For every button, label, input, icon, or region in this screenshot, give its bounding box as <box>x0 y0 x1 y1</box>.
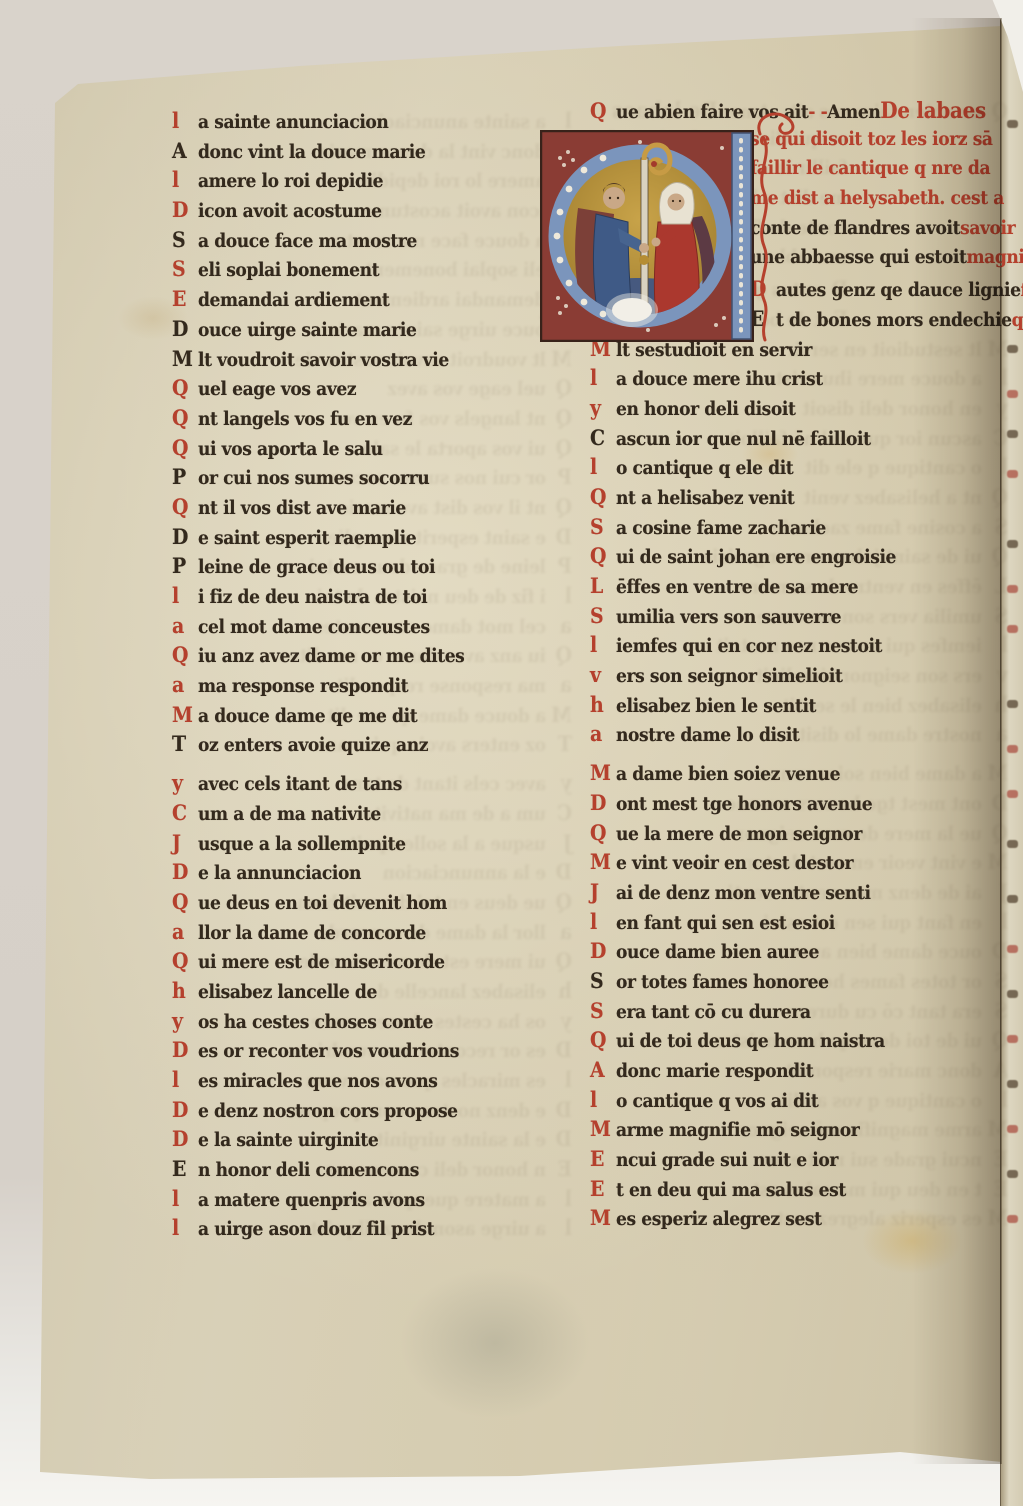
verse-initial: D <box>172 1126 198 1151</box>
verse-text: ers son seignor simelioit <box>616 665 842 687</box>
edge-fragment <box>1007 1125 1018 1133</box>
verse-line: Mlt voudroit savoir vostra vie <box>172 346 572 376</box>
pen-flourish <box>752 106 800 354</box>
verse-initial: D <box>172 859 198 884</box>
verse-text: es or reconter vos voudrions <box>198 1040 459 1062</box>
abbess-face <box>668 194 685 211</box>
letter-stem <box>732 133 751 339</box>
verse-line: Qui de toi deus qe hom naistra <box>590 1027 1008 1057</box>
verse-text: De labaes <box>880 98 986 124</box>
verse-line: li fiz de deu naistra de toi <box>172 583 572 613</box>
verse-initial: M <box>172 702 198 727</box>
verse-line: Douce dame bien auree <box>590 938 1008 968</box>
verse-text: llor la dame de concorde <box>198 922 426 944</box>
verse-text: demandai ardiement <box>198 289 389 311</box>
verse-line: De la annunciacion <box>172 859 572 889</box>
verse-initial: l <box>172 167 198 192</box>
verse-text: Amen <box>827 101 880 123</box>
verse-initial: Q <box>590 543 616 568</box>
verse-text: era tant cō cu durera <box>616 1001 811 1023</box>
verse-line: Me vint veoir en cest destor <box>590 849 1008 879</box>
verse-line: Encui grade sui nuit e ior <box>590 1146 1008 1176</box>
monk-hand <box>639 243 649 253</box>
verse-text: en honor deli disoit <box>616 398 796 420</box>
edge-fragment <box>1007 1080 1018 1088</box>
crozier-knob <box>639 255 649 265</box>
verse-line: Por cui nos sumes socorru <box>172 464 572 494</box>
verse-text: ui de toi deus qe hom naistra <box>616 1030 885 1052</box>
verse-line: anostre dame lo disit <box>590 721 1008 751</box>
verse-initial: D <box>590 790 616 815</box>
verse-initial: Q <box>590 484 616 509</box>
edge-fragment <box>1007 585 1018 593</box>
verse-text: ouce dame bien auree <box>616 941 819 963</box>
verse-line: les miracles que nos avons <box>172 1067 572 1097</box>
edge-fragment <box>1007 840 1018 848</box>
verse-initial: l <box>172 583 198 608</box>
verse-text: leine de grace deus ou toi <box>198 556 435 578</box>
edge-fragment <box>1007 700 1018 708</box>
verse-initial: P <box>172 464 198 489</box>
verse-initial: S <box>590 998 616 1023</box>
verse-line: Sa douce face ma mostre <box>172 227 572 257</box>
verse-text: o cantique q ele dit <box>616 457 793 479</box>
verse-line: la matere quenpris avons <box>172 1186 572 1216</box>
verse-initial: l <box>590 632 616 657</box>
verse-line: Mes esperiz alegrez sest <box>590 1205 1008 1235</box>
verse-initial: D <box>172 316 198 341</box>
verse-text: t en deu qui ma salus est <box>616 1179 846 1201</box>
edge-fragment <box>1007 790 1018 798</box>
verse-line: Qui mere est de misericorde <box>172 948 572 978</box>
verse-text: autes genz qe dauce lignie <box>776 279 1021 301</box>
verse-initial: M <box>590 849 616 874</box>
verse-line: Jai de denz mon ventre senti <box>590 879 1008 909</box>
text-column-left: la sainte anunciacionAdonc vint la douce… <box>172 108 572 1245</box>
verse-text: elisabez lancelle de <box>198 981 377 1003</box>
verse-line: Ma douce dame qe me dit <box>172 702 572 732</box>
edge-fragment <box>1007 990 1018 998</box>
verse-line: Adonc vint la douce marie <box>172 138 572 168</box>
verse-text: lt voudroit savoir vostra vie <box>198 349 449 371</box>
verse-line: Des or reconter vos voudrions <box>172 1037 572 1067</box>
verse-line: Qnt il vos dist ave marie <box>172 494 572 524</box>
verse-text: a uirge ason douz fil prist <box>198 1218 434 1240</box>
historiated-initial <box>540 130 754 346</box>
verse-text: cel mot dame conceustes <box>198 616 430 638</box>
verse-text: t de bones mors endechie <box>776 309 1012 331</box>
verse-line: lo cantique q vos ai dit <box>590 1087 1008 1117</box>
verse-initial: P <box>172 553 198 578</box>
verse-line: Et en deu qui ma salus est <box>590 1176 1008 1206</box>
verse-initial: Q <box>590 1027 616 1052</box>
edge-fragment <box>1007 745 1018 753</box>
verse-initial: M <box>172 346 198 371</box>
verse-initial: Q <box>172 948 198 973</box>
verse-initial: Q <box>172 889 198 914</box>
verse-initial: S <box>590 514 616 539</box>
verse-text: e la sainte uirginite <box>198 1129 378 1151</box>
verse-text: ui mere est de misericorde <box>198 951 445 973</box>
verse-initial: a <box>172 919 198 944</box>
verse-line: yavec cels itant de tans <box>172 770 572 800</box>
verse-initial: A <box>172 138 198 163</box>
verse-text: e saint esperit raemplie <box>198 527 416 549</box>
verse-text: a dame bien soiez venue <box>616 763 840 785</box>
verse-text: es miracles que nos avons <box>198 1070 438 1092</box>
verse-line: De saint esperit raemplie <box>172 524 572 554</box>
verse-text: ma response respondit <box>198 675 408 697</box>
verse-text: n honor deli comencons <box>198 1159 419 1181</box>
verse-line: Qnt langels vos fu en vez <box>172 405 572 435</box>
verse-text: ascun ior que nul nē failloit <box>616 428 871 450</box>
verse-text: a cosine fame zacharie <box>616 517 826 539</box>
verse-initial: y <box>172 770 198 795</box>
crozier-staff <box>641 158 648 318</box>
verse-initial: Q <box>172 405 198 430</box>
verse-initial: D <box>172 524 198 549</box>
verse-text: um a de ma nativite <box>198 803 381 825</box>
verse-text: savoir <box>960 217 1015 239</box>
verse-initial: L <box>590 573 616 598</box>
edge-fragment <box>1007 895 1018 903</box>
verse-initial: l <box>172 1067 198 1092</box>
abbess-hand <box>652 238 661 247</box>
verse-line: Sumilia vers son sauverre <box>590 603 1008 633</box>
verse-text: os ha cestes choses conte <box>198 1011 433 1033</box>
verse-line: la sainte anunciacion <box>172 108 572 138</box>
verse-text: ouce uirge sainte marie <box>198 319 416 341</box>
verse-initial: E <box>590 1176 616 1201</box>
verse-initial: E <box>172 1156 198 1181</box>
verse-text: or totes fames honoree <box>616 971 829 993</box>
edge-fragment <box>1007 945 1018 953</box>
verse-text: arme magnifie mō seignor <box>616 1119 859 1141</box>
verse-line: helisabez lancelle de <box>172 978 572 1008</box>
verse-text: donc marie respondit <box>616 1060 813 1082</box>
verse-text: nostre dame lo disit <box>616 724 799 746</box>
verse-initial: l <box>590 1087 616 1112</box>
verse-initial: Q <box>590 820 616 845</box>
verse-line: De la sainte uirginite <box>172 1126 572 1156</box>
verse-line: Pleine de grace deus ou toi <box>172 553 572 583</box>
verse-initial: E <box>590 1146 616 1171</box>
verse-text: icon avoit acostume <box>198 200 382 222</box>
verse-initial: M <box>590 760 616 785</box>
verse-line: Quel eage vos avez <box>172 375 572 405</box>
verse-line: Douce uirge sainte marie <box>172 316 572 346</box>
verse-line: Qnt a helisabez venit <box>590 484 1008 514</box>
verse-text: es esperiz alegrez sest <box>616 1208 822 1230</box>
verse-text: ui vos aporta le salu <box>198 438 383 460</box>
verse-text: q car <box>1012 309 1023 331</box>
verse-line: Cum a de ma nativite <box>172 800 572 830</box>
verse-line: helisabez bien le sentit <box>590 692 1008 722</box>
edge-fragment <box>1007 470 1018 478</box>
verse-initial: a <box>590 721 616 746</box>
verse-line: vers son seignor simelioit <box>590 662 1008 692</box>
verse-text: nt a helisabez venit <box>616 487 794 509</box>
verse-initial: J <box>590 879 616 904</box>
verse-line: Marme magnifie mō seignor <box>590 1116 1008 1146</box>
verse-line: Sera tant cō cu durera <box>590 998 1008 1028</box>
verse-text: avec cels itant de tans <box>198 773 402 795</box>
verse-initial: J <box>172 830 198 855</box>
verse-initial: l <box>590 365 616 390</box>
verse-text: e denz nostron cors propose <box>198 1100 458 1122</box>
edge-fragment <box>1007 1170 1018 1178</box>
verse-text: e vint veoir en cest destor <box>616 852 853 874</box>
verse-text: nt il vos dist ave marie <box>198 497 406 519</box>
edge-fragment <box>1007 430 1018 438</box>
verse-initial: l <box>172 1186 198 1211</box>
verse-text: ēffes en ventre de sa mere <box>616 576 858 598</box>
verse-text: ncui grade sui nuit e ior <box>616 1149 838 1171</box>
verse-initial: D <box>172 197 198 222</box>
verse-initial: E <box>172 286 198 311</box>
verse-initial: l <box>590 909 616 934</box>
verse-line: Cascun ior que nul nē failloit <box>590 425 1008 455</box>
verse-initial: S <box>590 603 616 628</box>
verse-text: eli soplai bonement <box>198 259 379 281</box>
verse-initial: Q <box>172 375 198 400</box>
verse-line: Que la mere de mon seignor <box>590 820 1008 850</box>
verse-line: lamere lo roi depidie <box>172 167 572 197</box>
verse-line: Ma dame bien soiez venue <box>590 760 1008 790</box>
verse-line: Adonc marie respondit <box>590 1057 1008 1087</box>
verse-initial: Q <box>172 642 198 667</box>
verse-line: Dont mest tge honors avenue <box>590 790 1008 820</box>
verse-initial: S <box>172 256 198 281</box>
verse-initial: M <box>590 1205 616 1230</box>
verse-line: Toz enters avoie quize anz <box>172 731 572 761</box>
verse-line: yen honor deli disoit <box>590 395 1008 425</box>
verse-initial: T <box>172 731 198 756</box>
verse-text: ont mest tge honors avenue <box>616 793 872 815</box>
verse-text: iu anz avez dame or me dites <box>198 645 464 667</box>
verse-text: nt langels vos fu en vez <box>198 408 412 430</box>
verse-line: Qiu anz avez dame or me dites <box>172 642 572 672</box>
verse-initial: Q <box>590 98 616 123</box>
verse-text: usque a la sollempnite <box>198 833 406 855</box>
verse-line: la uirge ason douz fil prist <box>172 1215 572 1245</box>
verse-initial: S <box>590 968 616 993</box>
monk-head <box>603 187 625 209</box>
verse-line: Qui vos aporta le salu <box>172 435 572 465</box>
verse-initial: A <box>590 1057 616 1082</box>
verse-text: a douce mere ihu crist <box>616 368 823 390</box>
verse-initial: l <box>590 454 616 479</box>
verse-initial: v <box>590 662 616 687</box>
verse-line: En honor deli comencons <box>172 1156 572 1186</box>
verse-line: lo cantique q ele dit <box>590 454 1008 484</box>
verse-initial: a <box>172 613 198 638</box>
verse-line: ama response respondit <box>172 672 572 702</box>
verse-line: Edemandai ardiement <box>172 286 572 316</box>
verse-initial: C <box>172 800 198 825</box>
verse-line: Jusque a la sollempnite <box>172 830 572 860</box>
edge-fragment <box>1007 390 1018 398</box>
verse-text: amere lo roi depidie <box>198 170 383 192</box>
verse-initial: y <box>590 395 616 420</box>
verse-initial: D <box>172 1097 198 1122</box>
verse-text: umilia vers son sauverre <box>616 606 841 628</box>
verse-text: a douce face ma mostre <box>198 230 417 252</box>
verse-text: ai de denz mon ventre senti <box>616 882 871 904</box>
verse-text: ue la mere de mon seignor <box>616 823 862 845</box>
verse-line: De denz nostron cors propose <box>172 1097 572 1127</box>
verse-line: len fant qui sen est esioi <box>590 909 1008 939</box>
edge-fragment <box>1007 625 1018 633</box>
verse-text: or cui nos sumes socorru <box>198 467 429 489</box>
verse-line: Lēffes en ventre de sa mere <box>590 573 1008 603</box>
verse-text: a matere quenpris avons <box>198 1189 425 1211</box>
verse-initial: l <box>172 1215 198 1240</box>
edge-fragment <box>1007 1035 1018 1043</box>
edge-fragment <box>1007 540 1018 548</box>
verse-text: - - <box>808 101 827 123</box>
verse-text: iemfes qui en cor nez nestoit <box>616 635 882 657</box>
verse-line: acel mot dame conceustes <box>172 613 572 643</box>
verse-initial: a <box>172 672 198 697</box>
verse-initial: D <box>172 1037 198 1062</box>
verse-line: Qui de saint johan ere engroisie <box>590 543 1008 573</box>
verse-text: donc vint la douce marie <box>198 141 425 163</box>
edge-fragment <box>1007 120 1018 128</box>
verse-initial: l <box>172 108 198 133</box>
verse-initial: D <box>590 938 616 963</box>
verse-line: la douce mere ihu crist <box>590 365 1008 395</box>
verse-line: Que deus en toi devenit hom <box>172 889 572 919</box>
verse-initial: Q <box>172 435 198 460</box>
verse-text: uel eage vos avez <box>198 378 356 400</box>
verse-text: en fant qui sen est esioi <box>616 912 835 934</box>
verse-text: a douce dame qe me dit <box>198 705 417 727</box>
verse-initial: M <box>590 1116 616 1141</box>
verse-text: i fiz de deu naistra de toi <box>198 586 427 608</box>
verse-line: liemfes qui en cor nez nestoit <box>590 632 1008 662</box>
verse-initial: h <box>590 692 616 717</box>
verse-line: Seli soplai bonement <box>172 256 572 286</box>
verse-initial: y <box>172 1008 198 1033</box>
verse-text: a sainte anunciacion <box>198 111 388 133</box>
verse-text: magni <box>966 246 1023 268</box>
verse-text: ue deus en toi devenit hom <box>198 892 447 914</box>
verse-text: elisabez bien le sentit <box>616 695 816 717</box>
verse-text: ui de saint johan ere engroisie <box>616 546 896 568</box>
verse-line: Dicon avoit acostume <box>172 197 572 227</box>
verse-line: allor la dame de concorde <box>172 919 572 949</box>
verse-line: yos ha cestes choses conte <box>172 1008 572 1038</box>
edge-fragment <box>1007 345 1018 353</box>
verse-initial: Q <box>172 494 198 519</box>
verse-initial: S <box>172 227 198 252</box>
verse-text: oz enters avoie quize anz <box>198 734 428 756</box>
verse-text: e la annunciacion <box>198 862 361 884</box>
edge-fragment <box>1007 1215 1018 1223</box>
verse-text: o cantique q vos ai dit <box>616 1090 818 1112</box>
verse-initial: C <box>590 425 616 450</box>
verse-line: Sor totes fames honoree <box>590 968 1008 998</box>
verse-line: Sa cosine fame zacharie <box>590 514 1008 544</box>
verse-initial: h <box>172 978 198 1003</box>
manuscript-photo: la sainte anunciacionAdonc vint la douce… <box>0 0 1023 1506</box>
